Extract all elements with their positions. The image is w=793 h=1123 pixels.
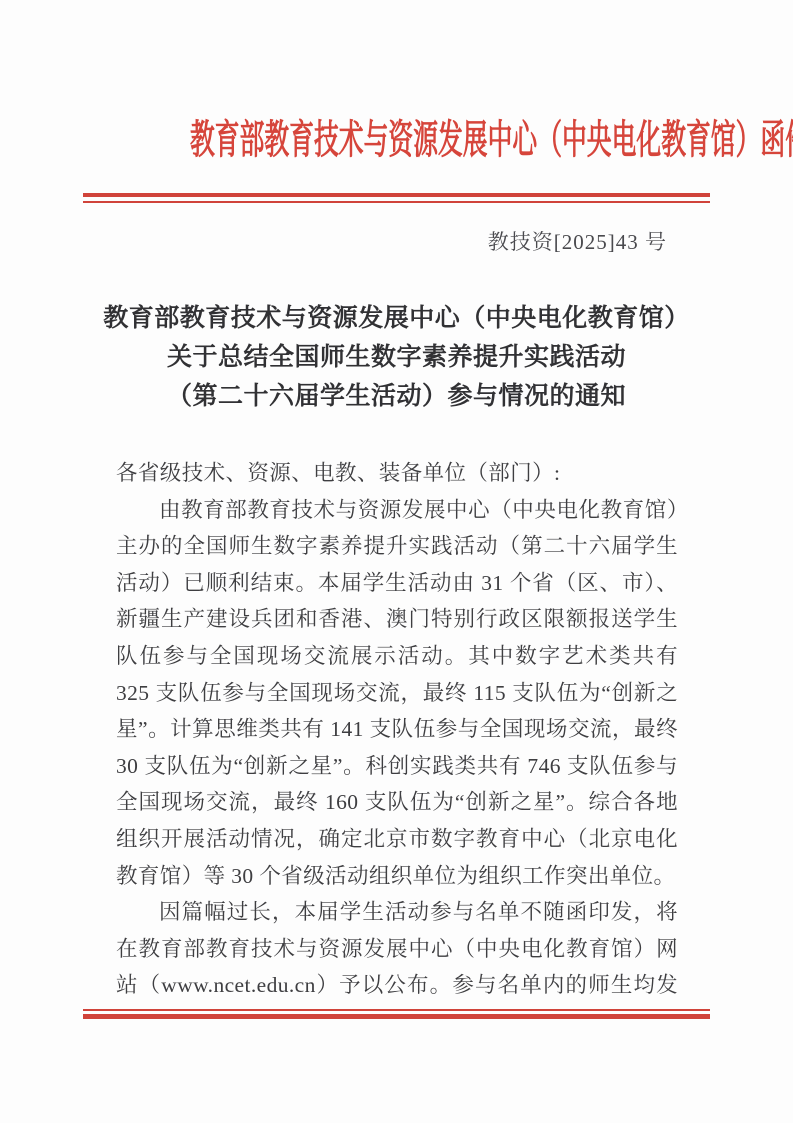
title-line-1: 教育部教育技术与资源发展中心（中央电化教育馆）	[0, 299, 793, 338]
masthead-title: 教育部教育技术与资源发展中心（中央电化教育馆）函件	[190, 112, 793, 168]
salutation: 各省级技术、资源、电教、装备单位（部门）:	[116, 455, 678, 492]
document-number: 教技资[2025]43 号	[488, 226, 667, 256]
header-rule-thick	[83, 193, 710, 197]
title-line-3: （第二十六届学生活动）参与情况的通知	[0, 377, 793, 416]
header-rule-thin	[83, 201, 710, 203]
paragraph-1: 由教育部教育技术与资源发展中心（中央电化教育馆）主办的全国师生数字素养提升实践活…	[116, 492, 678, 895]
paragraph-2: 因篇幅过长，本届学生活动参与名单不随函印发，将在教育部教育技术与资源发展中心（中…	[116, 894, 678, 1011]
footer-rule-thick	[83, 1014, 710, 1019]
document-title: 教育部教育技术与资源发展中心（中央电化教育馆） 关于总结全国师生数字素养提升实践…	[0, 299, 793, 416]
document-body: 各省级技术、资源、电教、装备单位（部门）: 由教育部教育技术与资源发展中心（中央…	[116, 455, 678, 1011]
footer-rule-thin	[83, 1009, 710, 1011]
masthead: 教育部教育技术与资源发展中心（中央电化教育馆）函件	[0, 112, 793, 168]
title-line-2: 关于总结全国师生数字素养提升实践活动	[0, 338, 793, 377]
document-page: 教育部教育技术与资源发展中心（中央电化教育馆）函件 教技资[2025]43 号 …	[0, 0, 793, 1123]
